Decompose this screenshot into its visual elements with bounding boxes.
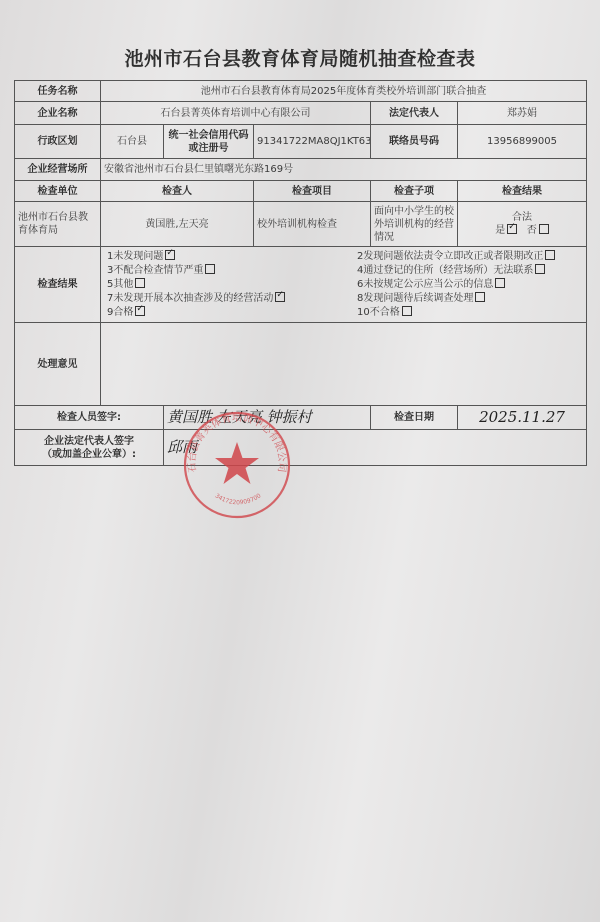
result-option-checkbox[interactable] (205, 264, 215, 274)
inspection-result-value: 合法 是 否 (458, 202, 587, 247)
contact-label: 联络员号码 (371, 125, 458, 159)
region-label: 行政区划 (15, 125, 101, 159)
row-legal-sign: 企业法定代表人签字 （或加盖企业公章）: 邱雨 (15, 430, 587, 466)
inspector-value: 黄国胜,左天亮 (101, 202, 254, 247)
inspection-unit-value: 池州市石台县教育体育局 (15, 202, 101, 247)
result-option-checkbox[interactable] (545, 250, 555, 260)
result-option: 8发现问题待后续调查处理 (357, 292, 580, 305)
svg-text:3417220909700: 3417220909700 (214, 492, 263, 506)
legal-rep-value: 郑苏娟 (458, 102, 587, 125)
legal-sign-label-line1: 企业法定代表人签字 (18, 435, 160, 448)
opinion-label: 处理意见 (15, 323, 101, 406)
page-title: 池州市石台县教育体育局随机抽查检查表 (0, 44, 600, 71)
header-inspector: 检查人 (101, 181, 254, 202)
result-option-checkbox[interactable] (535, 264, 545, 274)
result-option: 6未按规定公示应当公示的信息 (357, 278, 580, 291)
legal-rep-label: 法定代表人 (371, 102, 458, 125)
opinion-value[interactable] (101, 323, 587, 406)
credit-code-label: 统一社会信用代码或注册号 (164, 125, 254, 159)
task-label: 任务名称 (15, 81, 101, 102)
row-signature: 检查人员签字: 黄国胜 左天亮 钟振村 检查日期 2025.11.27 (15, 406, 587, 430)
yes-checkbox[interactable] (507, 224, 517, 234)
result-option-checkbox[interactable] (475, 292, 485, 302)
header-item: 检查项目 (254, 181, 371, 202)
result-option-checkbox[interactable] (402, 306, 412, 316)
enterprise-value: 石台县菁英体育培训中心有限公司 (101, 102, 371, 125)
legal-status-label: 合法 (461, 211, 583, 224)
signature-label: 检查人员签字: (15, 406, 164, 430)
row-address: 企业经营场所 安徽省池州市石台县仁里镇曙光东路169号 (15, 159, 587, 181)
row-results: 检查结果 1未发现问题2发现问题依法责令立即改正或者限期改正3不配合检查情节严重… (15, 247, 587, 323)
no-checkbox[interactable] (539, 224, 549, 234)
results-options: 1未发现问题2发现问题依法责令立即改正或者限期改正3不配合检查情节严重4通过登记… (101, 247, 587, 323)
row-inspection-header: 检查单位 检查人 检查项目 检查子项 检查结果 (15, 181, 587, 202)
no-label: 否 (527, 225, 537, 236)
yes-label: 是 (495, 225, 505, 236)
inspection-item-value: 校外培训机构检查 (254, 202, 371, 247)
inspector-signature[interactable]: 黄国胜 左天亮 钟振村 (164, 406, 371, 430)
result-option: 5其他 (107, 278, 357, 291)
inspection-form-table: 任务名称 池州市石台县教育体育局2025年度体育类校外培训部门联合抽查 企业名称… (14, 80, 587, 466)
result-option-label: 10不合格 (357, 307, 400, 318)
result-option-label: 9合格 (107, 307, 133, 318)
row-inspection-values: 池州市石台县教育体育局 黄国胜,左天亮 校外培训机构检查 面向中小学生的校外培训… (15, 202, 587, 247)
result-option-checkbox[interactable] (135, 278, 145, 288)
result-option: 10不合格 (357, 306, 580, 319)
results-grid: 1未发现问题2发现问题依法责令立即改正或者限期改正3不配合检查情节严重4通过登记… (107, 250, 580, 319)
result-option: 1未发现问题 (107, 250, 357, 263)
header-unit: 检查单位 (15, 181, 101, 202)
result-option: 3不配合检查情节严重 (107, 264, 357, 277)
result-option-label: 4通过登记的住所（经营场所）无法联系 (357, 265, 533, 276)
row-task: 任务名称 池州市石台县教育体育局2025年度体育类校外培训部门联合抽查 (15, 81, 587, 102)
result-option-checkbox[interactable] (135, 306, 145, 316)
result-option-label: 5其他 (107, 279, 133, 290)
task-value: 池州市石台县教育体育局2025年度体育类校外培训部门联合抽查 (101, 81, 587, 102)
legal-sign-label: 企业法定代表人签字 （或加盖企业公章）: (15, 430, 164, 466)
result-option-label: 6未按规定公示应当公示的信息 (357, 279, 493, 290)
result-option-label: 3不配合检查情节严重 (107, 265, 203, 276)
region-value: 石台县 (101, 125, 164, 159)
result-option-label: 7未发现开展本次抽查涉及的经营活动 (107, 293, 273, 304)
result-option-label: 1未发现问题 (107, 251, 163, 262)
address-label: 企业经营场所 (15, 159, 101, 181)
row-opinion: 处理意见 (15, 323, 587, 406)
result-option: 2发现问题依法责令立即改正或者限期改正 (357, 250, 580, 263)
result-option-checkbox[interactable] (275, 292, 285, 302)
header-result: 检查结果 (458, 181, 587, 202)
row-region: 行政区划 石台县 统一社会信用代码或注册号 91341722MA8QJ1KT63… (15, 125, 587, 159)
result-option: 7未发现开展本次抽查涉及的经营活动 (107, 292, 357, 305)
result-option-checkbox[interactable] (165, 250, 175, 260)
header-subitem: 检查子项 (371, 181, 458, 202)
legal-signature[interactable]: 邱雨 (164, 430, 587, 466)
inspection-subitem-value: 面向中小学生的校外培训机构的经营情况 (371, 202, 458, 247)
contact-value: 13956899005 (458, 125, 587, 159)
seal-code: 3417220909700 (214, 492, 263, 506)
result-option-label: 2发现问题依法责令立即改正或者限期改正 (357, 251, 543, 262)
date-label: 检查日期 (371, 406, 458, 430)
result-option-label: 8发现问题待后续调查处理 (357, 293, 473, 304)
result-option-checkbox[interactable] (495, 278, 505, 288)
result-option: 9合格 (107, 306, 357, 319)
legal-sign-label-line2: （或加盖企业公章）: (18, 448, 160, 461)
address-value: 安徽省池州市石台县仁里镇曙光东路169号 (101, 159, 587, 181)
results-label: 检查结果 (15, 247, 101, 323)
enterprise-label: 企业名称 (15, 102, 101, 125)
date-value[interactable]: 2025.11.27 (458, 406, 587, 430)
credit-code-value: 91341722MA8QJ1KT63 (254, 125, 371, 159)
row-enterprise: 企业名称 石台县菁英体育培训中心有限公司 法定代表人 郑苏娟 (15, 102, 587, 125)
result-option: 4通过登记的住所（经营场所）无法联系 (357, 264, 580, 277)
